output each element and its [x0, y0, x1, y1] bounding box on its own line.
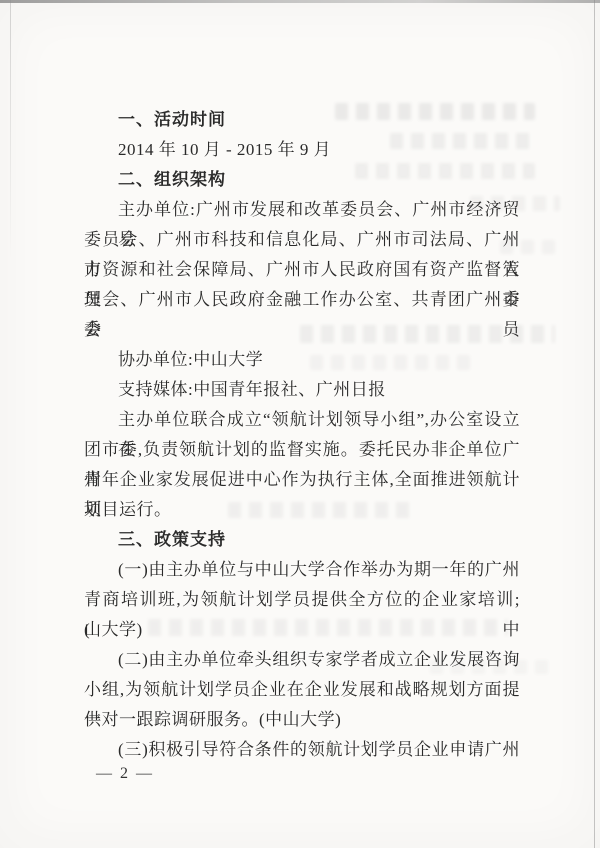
text-line: 一对一跟踪调研服务。(中山大学) [84, 705, 520, 735]
text-line: 主办单位联合成立“领航计划领导小组”,办公室设立在 [84, 405, 520, 435]
text-line: (三)积极引导符合条件的领航计划学员企业申请广州 [84, 735, 520, 765]
scan-edge-right [594, 0, 595, 848]
section-heading-line: 二、组织架构 [84, 165, 520, 195]
text-line: 小组,为领航计划学员企业在企业发展和战略规划方面提供 [84, 675, 520, 705]
scanned-document-page: 一、活动时间2014 年 10 月 - 2015 年 9 月二、组织架构主办单位… [0, 0, 600, 848]
text-line: 项目运行。 [84, 495, 520, 525]
text-line: 主办单位:广州市发展和改革委员会、广州市经济贸易 [84, 195, 520, 225]
text-line: 委员会、广州市科技和信息化局、广州市司法局、广州市人 [84, 225, 520, 255]
section-heading-line: 一、活动时间 [84, 105, 520, 135]
text-line: 2014 年 10 月 - 2015 年 9 月 [84, 135, 520, 165]
document-body: 一、活动时间2014 年 10 月 - 2015 年 9 月二、组织架构主办单位… [84, 105, 520, 765]
scan-edge-top [0, 0, 600, 3]
text-line: 团市委,负责领航计划的监督实施。委托民办非企单位广州 [84, 435, 520, 465]
page-number: — 2 — [96, 765, 154, 783]
text-line: 员会、广州市人民政府金融工作办公室、共青团广州市委员 [84, 285, 520, 315]
section-heading-line: 三、政策支持 [84, 525, 520, 555]
text-line: (一)由主办单位与中山大学合作举办为期一年的广州 [84, 555, 520, 585]
text-line: 力资源和社会保障局、广州市人民政府国有资产监督管理委 [84, 255, 520, 285]
text-line: (二)由主办单位牵头组织专家学者成立企业发展咨询 [84, 645, 520, 675]
scan-edge-left [10, 0, 11, 260]
text-line: 青商培训班,为领航计划学员提供全方位的企业家培训;(中 [84, 585, 520, 615]
text-line: 青年企业家发展促进中心作为执行主体,全面推进领航计划 [84, 465, 520, 495]
text-line: 支持媒体:中国青年报社、广州日报 [84, 375, 520, 405]
text-line: 协办单位:中山大学 [84, 345, 520, 375]
